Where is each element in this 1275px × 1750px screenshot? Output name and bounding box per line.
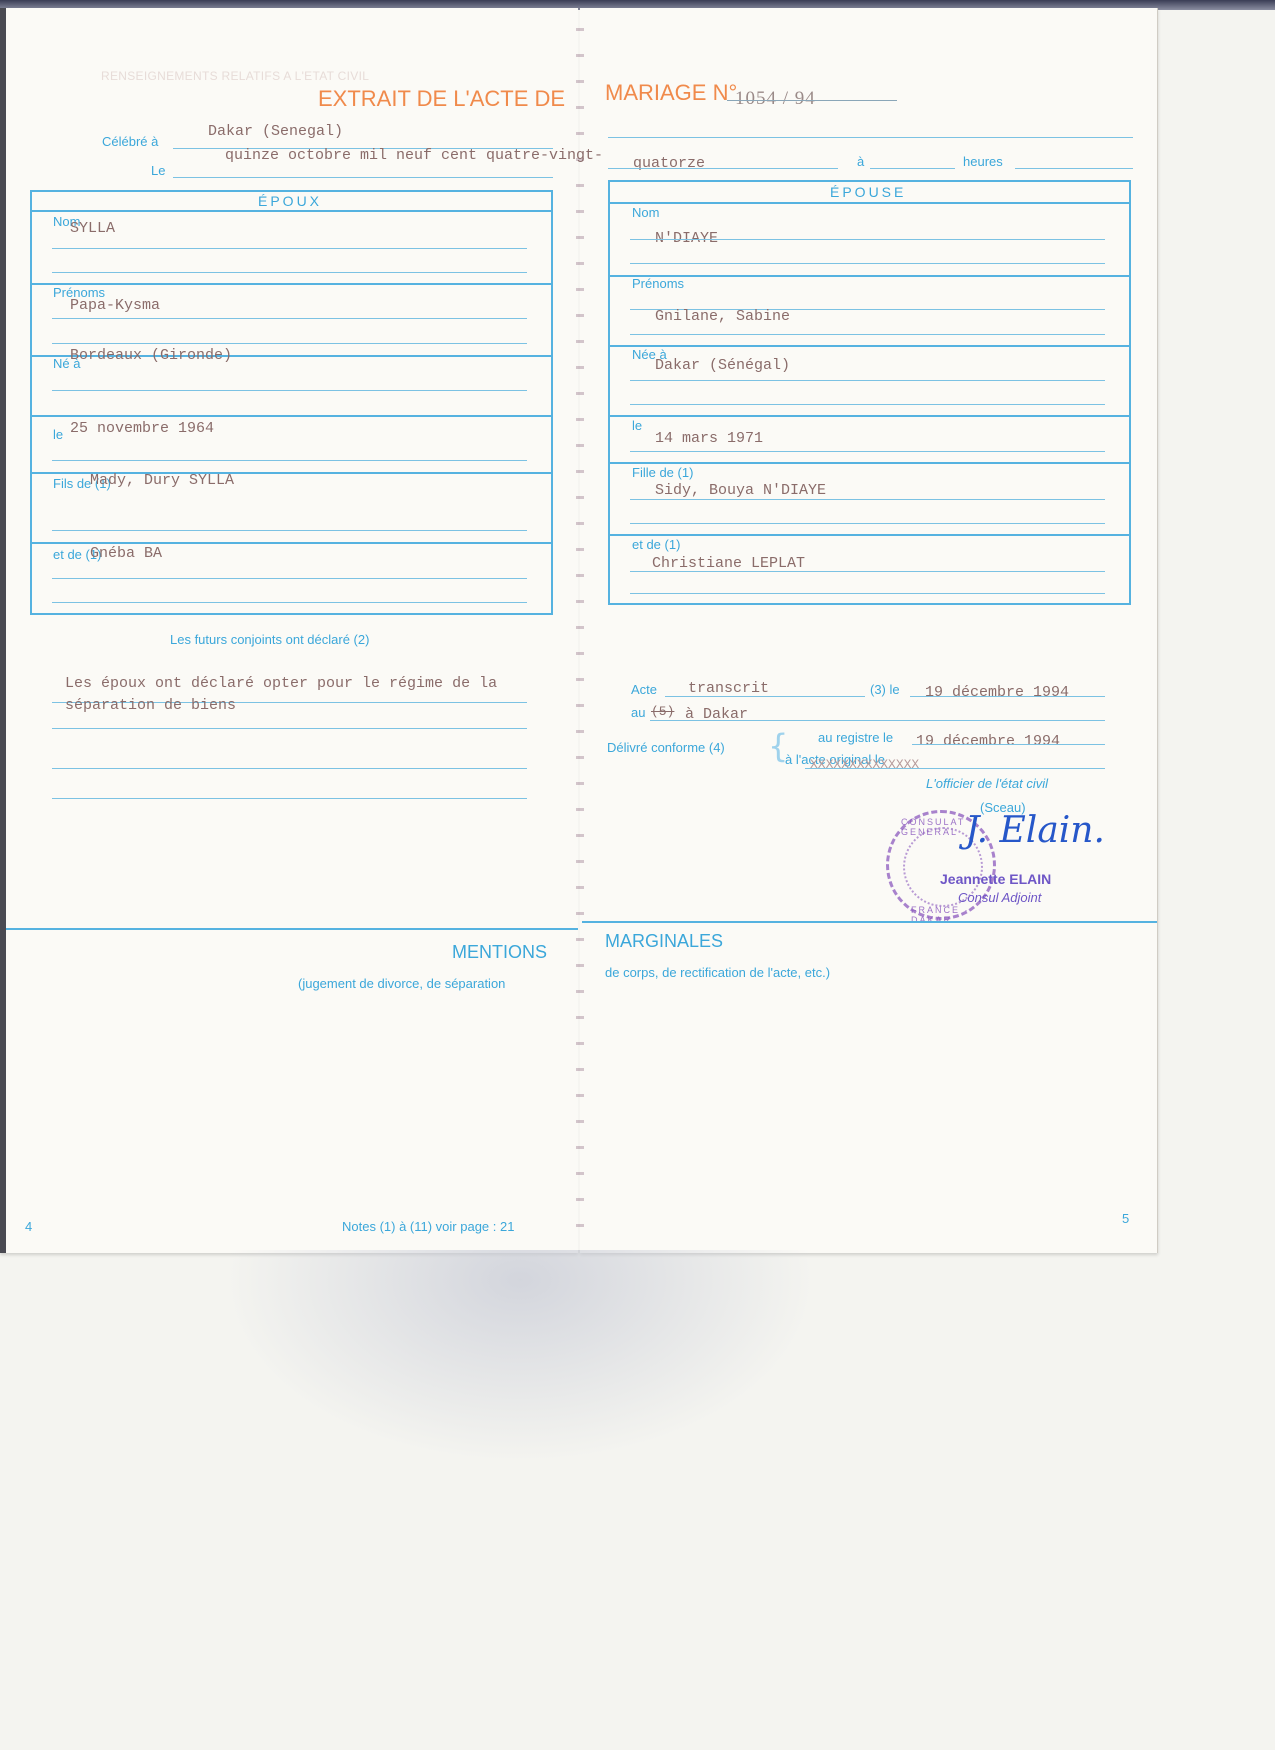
delivre-label: Délivré conforme (4)	[607, 740, 725, 755]
form-line	[630, 571, 1105, 572]
form-line	[52, 602, 527, 603]
heures-label: heures	[963, 154, 1003, 169]
le-label: Le	[151, 163, 165, 178]
acte-label: Acte	[631, 682, 657, 697]
title-left: EXTRAIT DE L'ACTE DE	[318, 86, 565, 112]
epouse-divider	[608, 345, 1131, 347]
form-line	[52, 798, 527, 799]
epoux-divider	[30, 210, 553, 212]
epoux-nom-value: SYLLA	[70, 220, 115, 237]
form-line	[52, 460, 527, 461]
epoux-prenoms-value: Papa-Kysma	[70, 297, 160, 314]
epouse-prenoms-label: Prénoms	[632, 276, 684, 291]
form-line	[650, 720, 1105, 721]
epoux-title: ÉPOUX	[258, 193, 322, 209]
registre-label: au registre le	[818, 730, 893, 745]
form-line	[52, 318, 527, 319]
epouse-title: ÉPOUSE	[830, 184, 906, 200]
epouse-fille-de-label: Fille de (1)	[632, 465, 693, 480]
epoux-divider	[30, 542, 553, 544]
declaration-label: Les futurs conjoints ont déclaré (2)	[170, 632, 369, 647]
celebre-label: Célébré à	[102, 134, 158, 149]
notes-reference: Notes (1) à (11) voir page : 21	[342, 1219, 514, 1234]
title-right: MARIAGE N°	[605, 80, 737, 106]
officer-role: Consul Adjoint	[958, 890, 1041, 905]
a-label: à	[857, 154, 864, 169]
form-line	[52, 248, 527, 249]
transcription-date: 19 décembre 1994	[925, 684, 1069, 701]
mentions-divider-left	[6, 928, 578, 930]
acte-value: transcrit	[688, 680, 769, 697]
form-line	[52, 578, 527, 579]
epouse-divider	[608, 462, 1131, 464]
form-line	[52, 390, 527, 391]
heures-line	[1015, 168, 1133, 169]
form-line	[630, 404, 1105, 405]
epouse-et-de-value: Christiane LEPLAT	[652, 555, 805, 572]
epoux-divider	[30, 415, 553, 417]
bleed-through-heading: RENSEIGNEMENTS RELATIFS A L'ETAT CIVIL	[101, 66, 521, 86]
epouse-divider	[608, 534, 1131, 536]
epoux-ne-a-value: Bordeaux (Gironde)	[70, 347, 232, 364]
epoux-fils-de-value: Mady, Dury SYLLA	[90, 472, 234, 489]
form-line	[630, 499, 1105, 500]
au-label: au	[631, 705, 645, 720]
hour-line	[870, 168, 955, 169]
form-line	[52, 768, 527, 769]
marginales-title: MARGINALES	[605, 931, 723, 952]
note3-label: (3) le	[870, 682, 900, 697]
officer-title: L'officier de l'état civil	[926, 776, 1048, 791]
form-line	[52, 343, 527, 344]
form-line	[52, 272, 527, 273]
le-line	[173, 177, 553, 178]
epoux-le-label: le	[53, 427, 63, 442]
epouse-nom-label: Nom	[632, 205, 659, 220]
registre-value: 19 décembre 1994	[916, 733, 1060, 750]
form-line	[630, 380, 1105, 381]
form-line	[805, 768, 1105, 769]
au-struck-note: (5)	[651, 704, 674, 719]
epouse-nee-a-value: Dakar (Sénégal)	[655, 357, 790, 374]
form-line	[52, 530, 527, 531]
mentions-subtitle-left: (jugement de divorce, de séparation	[298, 976, 505, 991]
form-line	[630, 239, 1105, 240]
epouse-divider	[608, 275, 1131, 277]
act-number: 1054 / 94	[735, 88, 816, 110]
page-number-left: 4	[25, 1219, 32, 1234]
mentions-title: MENTIONS	[452, 942, 547, 963]
epouse-et-de-label: et de (1)	[632, 537, 680, 552]
form-line	[630, 334, 1105, 335]
declaration-line-2: séparation de biens	[65, 697, 236, 714]
date-line	[608, 168, 838, 169]
epouse-divider	[608, 415, 1131, 417]
page-number-right: 5	[1122, 1211, 1129, 1226]
epouse-le-value: 14 mars 1971	[655, 430, 763, 447]
epouse-prenoms-value: Gnilane, Sabine	[655, 308, 790, 325]
act-number-line	[727, 100, 897, 101]
right-line-1	[608, 137, 1133, 138]
mentions-divider-right	[582, 921, 1157, 923]
form-line	[630, 523, 1105, 524]
le-value: quinze octobre mil neuf cent quatre-ving…	[225, 147, 603, 164]
form-line	[630, 263, 1105, 264]
epouse-le-label: le	[632, 418, 642, 433]
form-line	[630, 451, 1105, 452]
epouse-fille-de-value: Sidy, Bouya N'DIAYE	[655, 482, 826, 499]
le-value-continued: quatorze	[633, 155, 705, 172]
mentions-subtitle-right: de corps, de rectification de l'acte, et…	[605, 965, 830, 980]
epoux-le-value: 25 novembre 1964	[70, 420, 214, 437]
scanner-background	[0, 1250, 1275, 1750]
original-value: XXXXXXXXXXXXXX	[810, 757, 919, 772]
officer-name: Jeannette ELAIN	[940, 871, 1051, 887]
celebre-value: Dakar (Senegal)	[208, 123, 343, 140]
officer-signature: J. Elain.	[965, 810, 1105, 851]
declaration-line-1: Les époux ont déclaré opter pour le régi…	[65, 675, 497, 692]
epoux-et-de-value: Gnéba BA	[90, 545, 162, 562]
form-line	[52, 728, 527, 729]
epoux-divider	[30, 283, 553, 285]
epouse-divider	[608, 202, 1131, 204]
booklet-spine	[576, 10, 584, 1250]
form-line	[912, 744, 1105, 745]
form-line	[630, 593, 1105, 594]
